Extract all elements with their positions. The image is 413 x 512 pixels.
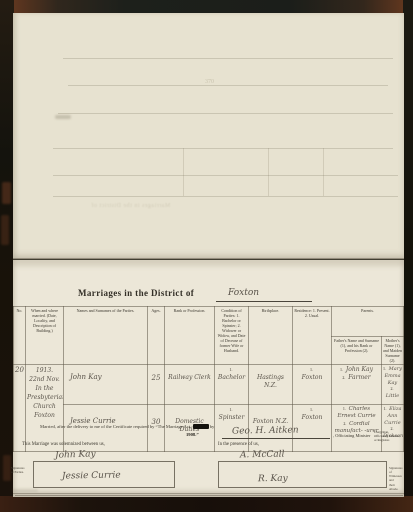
certificate-text: Married, after the delivery to me of the…: [40, 424, 191, 429]
groom-signature: John Kay: [55, 449, 96, 460]
groom-mother-name: Mary Emma Kay: [384, 366, 402, 386]
when-line: 1913.: [27, 366, 62, 375]
cue-number: 1.: [310, 407, 313, 412]
col-header-names: Names and Surnames of the Parties.: [64, 307, 148, 365]
cue-number: 2.: [343, 421, 346, 426]
page-number-show-through: 370: [205, 79, 214, 85]
groom-name: John Kay: [64, 365, 148, 405]
act-year-stamp: 1908.”: [186, 432, 199, 437]
cue-number: 1.: [310, 367, 313, 372]
groom-father: 1. John Kay 2. Farmer: [332, 365, 382, 405]
bracket-line: their Abode.: [389, 483, 404, 491]
when-line: 22nd Nov.: [27, 375, 62, 384]
page-bottom-edge: [13, 493, 404, 494]
book-binding-right: [403, 0, 413, 512]
groom-residence-value: Foxton: [302, 374, 323, 381]
col-header-parents: Parents.: [332, 307, 404, 337]
cue-number: 1.: [340, 367, 343, 372]
cue-number: 1.: [383, 366, 386, 371]
col-header-residence: Residence: 1. Present. 2. Usual.: [293, 307, 332, 365]
col-header-ages: Ages.: [148, 307, 165, 365]
solemnized-label: This Marriage was solemnized between us,: [22, 442, 105, 447]
parties-bracket-note: Signatures of Parties.: [11, 466, 32, 474]
bracket-line: Witnesses and: [389, 474, 404, 482]
district-handwritten: Foxton: [228, 288, 259, 298]
cue-number: 1.: [230, 407, 233, 412]
witnesses-bracket-note: Signatures of Witnesses and their Abode.: [389, 466, 404, 491]
officiant-label: , Officiating Minister: [333, 433, 370, 438]
bracket-line: Signatures of: [389, 466, 404, 474]
groom-father-name: John Kay: [346, 366, 373, 373]
book-binding-top: [0, 0, 413, 14]
officiant-bracket-note: Clergyman, Officiating Minister, or Regi…: [374, 430, 400, 442]
certificate-statement: Married, after the delivery to me of the…: [40, 424, 240, 430]
leather-wear-mark: [2, 182, 11, 204]
col-header-birthplace: Birthplace.: [249, 307, 293, 365]
when-line: Presbyterian: [27, 393, 62, 402]
col-header-when-where: When and where married. (Date, Locality,…: [26, 307, 64, 365]
cue-number: 2.: [391, 386, 394, 391]
marriage-register-table: No. When and where married. (Date, Local…: [13, 306, 404, 452]
leather-wear-mark: [3, 455, 11, 481]
book-binding-bottom: [0, 496, 413, 512]
groom-residence: 1. Foxton: [293, 365, 332, 405]
cue-number: 1.: [343, 406, 346, 411]
bride-father: 1. Charles Ernest Currie 2. Cordial manu…: [332, 405, 382, 452]
entry-number: 20: [14, 365, 26, 452]
when-line: In the: [27, 384, 62, 393]
witness-signature-1: A. McCall: [240, 450, 285, 461]
footnote-smudge: [12, 489, 38, 492]
certificate-by-word: by: [210, 424, 215, 429]
district-underline: [216, 301, 312, 302]
bride-mother-name: Eliza Ann Currie: [384, 406, 401, 426]
groom-condition: 1. Bachelor: [215, 365, 249, 405]
bracket-line: of Parties.: [11, 470, 32, 474]
register-book-photo: 370 Marriages in the District of Marriag…: [0, 0, 413, 512]
col-header-condition: Condition of Parties: 1. Bachelor or Spi…: [215, 307, 249, 365]
groom-rank: Railway Clerk: [165, 365, 215, 405]
officiant-signature-line: [222, 438, 330, 439]
witness-signature-2: R. Kay: [258, 474, 288, 485]
show-through-smudge: [55, 115, 71, 119]
groom-birthplace: Hastings N.Z.: [249, 365, 293, 405]
bride-condition-value: Spinster: [219, 414, 245, 421]
cue-number: 1.: [383, 406, 386, 411]
col-header-rank: Rank or Profession.: [165, 307, 215, 365]
bride-mother: 1. Eliza Ann Currie 2. Dickson: [382, 405, 404, 452]
title-show-through: Marriages in the District of: [91, 203, 170, 209]
col-header-mother: Mother's Name (1), and Maiden Surname (2…: [382, 337, 404, 365]
groom-condition-value: Bachelor: [218, 374, 245, 381]
groom-father-rank: Farmer: [348, 374, 370, 381]
groom-age: 25: [148, 365, 165, 405]
redaction-blot: [193, 424, 209, 429]
book-binding-left: [0, 0, 14, 512]
when-line: Foxton: [27, 411, 62, 420]
when-line: Church: [27, 402, 62, 411]
page-bottom-edge-shadow: [15, 495, 403, 496]
officiant-signature: Geo. H. Aitken: [232, 425, 299, 436]
leather-wear-mark: [1, 215, 9, 245]
cue-number: 1.: [230, 367, 233, 372]
when-where-cell: 1913. 22nd Nov. In the Presbyterian Chur…: [26, 365, 64, 452]
cue-number: 2.: [342, 375, 345, 380]
bride-residence-value: Foxton: [302, 414, 323, 421]
top-page: 370 Marriages in the District of: [13, 13, 404, 259]
witnesses-signature-box: [218, 461, 387, 488]
col-header-father: Father's Name and Surname (1), and his R…: [332, 337, 382, 365]
bride-signature: Jessie Currie: [62, 470, 121, 481]
form-title: Marriages in the District of: [78, 288, 194, 298]
groom-mother-maiden: Little: [386, 393, 400, 399]
col-header-no: No.: [14, 307, 26, 365]
presence-label: In the presence of us,: [218, 442, 259, 447]
groom-mother: 1. Mary Emma Kay 2. Little: [382, 365, 404, 405]
bracket-line: or Registrar.: [374, 438, 400, 442]
